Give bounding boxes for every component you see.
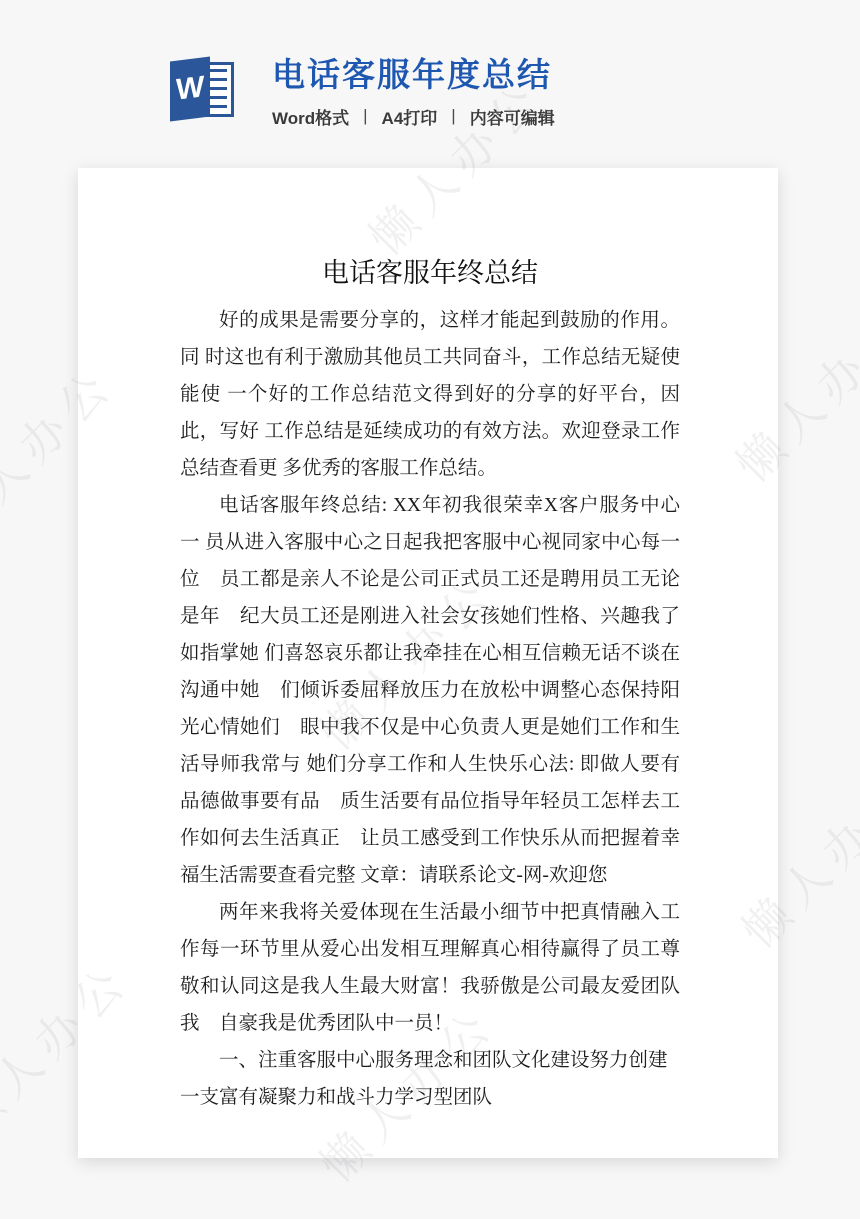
document-page: 电话客服年终总结 好的成果是需要分享的，这样才能起到鼓励的作用。同 时这也有利于… [78, 168, 778, 1158]
page-title: 电话客服年度总结 [272, 55, 555, 95]
document-content: 电话客服年终总结 好的成果是需要分享的，这样才能起到鼓励的作用。同 时这也有利于… [78, 168, 778, 1116]
paragraph-1: 好的成果是需要分享的，这样才能起到鼓励的作用。同 时这也有利于激励其他员工共同奋… [180, 302, 680, 487]
word-icon: W [170, 55, 234, 125]
badge-a4-print: A4打印 [382, 104, 438, 129]
document-header: W 电话客服年度总结 Word格式 | A4打印 | 内容可编辑 [170, 55, 555, 129]
header-text: 电话客服年度总结 Word格式 | A4打印 | 内容可编辑 [272, 55, 555, 129]
badge-separator: | [451, 106, 455, 126]
badge-editable: 内容可编辑 [470, 104, 555, 129]
format-badges: Word格式 | A4打印 | 内容可编辑 [272, 104, 555, 129]
paragraph-3: 两年来我将关爱体现在生活最小细节中把真情融入工 作每一环节里从爱心出发相互理解真… [180, 894, 680, 1042]
paragraph-4: 一、注重客服中心服务理念和团队文化建设努力创建一支富有凝聚力和战斗力学习型团队 [180, 1042, 680, 1116]
document-title: 电话客服年终总结 [180, 253, 680, 293]
badge-separator: | [363, 106, 367, 126]
paragraph-2: 电话客服年终总结: XX年初我很荣幸X客户服务中心一 员从进入客服中心之日起我把… [180, 487, 680, 894]
badge-word-format: Word格式 [272, 104, 349, 129]
word-icon-letter: W [176, 72, 204, 105]
word-icon-w-block: W [170, 57, 210, 122]
